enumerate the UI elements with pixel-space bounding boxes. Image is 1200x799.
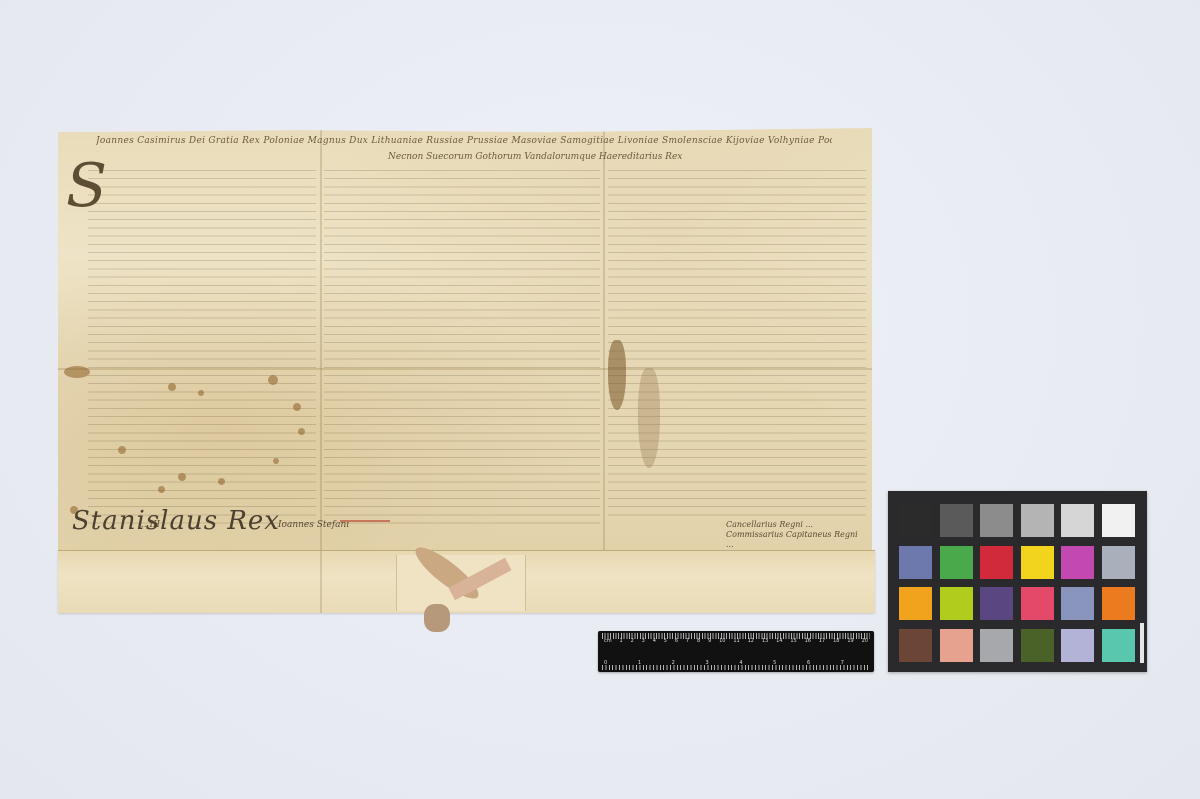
ruler-label: 8 bbox=[697, 638, 700, 644]
ruler-label: 3 bbox=[642, 638, 645, 644]
ruler-label: 20 bbox=[862, 638, 868, 644]
ruler-label: 16 bbox=[805, 638, 811, 644]
stain bbox=[64, 366, 90, 378]
ruler-label: 19 bbox=[847, 638, 853, 644]
parchment-document: S Joannes Casimirus Dei Gratia Rex Polon… bbox=[58, 128, 872, 553]
chart-brand-label bbox=[1140, 623, 1144, 663]
color-swatch bbox=[1061, 546, 1094, 579]
plica-fold-line bbox=[320, 551, 322, 613]
stain bbox=[298, 428, 305, 435]
color-swatch bbox=[1102, 504, 1135, 537]
ruler-label: 9 bbox=[708, 638, 711, 644]
stain bbox=[273, 458, 279, 464]
measurement-ruler: cm 1 2 3 4 5 6 7 8 9 10 11 12 13 14 15 1… bbox=[598, 631, 874, 672]
color-swatch bbox=[899, 587, 932, 620]
color-swatch bbox=[1021, 504, 1054, 537]
ruler-label: 14 bbox=[776, 638, 782, 644]
color-swatch bbox=[980, 504, 1013, 537]
water-stain bbox=[608, 340, 626, 410]
fold-line-vertical-1 bbox=[320, 128, 322, 553]
seal-cord-knot bbox=[424, 604, 450, 632]
chancellor-signature: Cancellarius Regni ... Commissarius Capi… bbox=[726, 520, 866, 550]
color-swatch bbox=[1102, 587, 1135, 620]
ruler-label: 15 bbox=[790, 638, 796, 644]
ruler-label: 11 bbox=[733, 638, 739, 644]
stain bbox=[168, 383, 176, 391]
ruler-label: 5 bbox=[664, 638, 667, 644]
water-stain bbox=[638, 368, 660, 468]
color-swatch bbox=[940, 546, 973, 579]
text-column-1 bbox=[88, 170, 316, 530]
color-swatch bbox=[940, 587, 973, 620]
date-line: ... III bbox=[138, 520, 160, 530]
color-swatch bbox=[899, 546, 932, 579]
color-swatch bbox=[980, 587, 1013, 620]
color-swatch bbox=[1061, 629, 1094, 662]
stain bbox=[118, 446, 126, 454]
ruler-label: 13 bbox=[762, 638, 768, 644]
color-calibration-chart bbox=[888, 491, 1147, 672]
stain bbox=[268, 375, 278, 385]
color-swatch bbox=[940, 504, 973, 537]
ruler-label: 7 bbox=[686, 638, 689, 644]
secretary-signature: Ioannes Stefani bbox=[278, 520, 349, 530]
stain bbox=[158, 486, 165, 493]
color-swatch bbox=[899, 504, 932, 537]
color-swatch bbox=[1021, 587, 1054, 620]
red-underline bbox=[340, 520, 390, 522]
color-swatch bbox=[1061, 504, 1094, 537]
document-heading-line2: Necnon Suecorum Gothorum Vandalorumque H… bbox=[388, 152, 682, 162]
royal-signature: Stanislaus Rex bbox=[72, 506, 280, 536]
document-heading: Joannes Casimirus Dei Gratia Rex Polonia… bbox=[96, 136, 832, 146]
color-swatch bbox=[899, 629, 932, 662]
ruler-label: 12 bbox=[748, 638, 754, 644]
ruler-label: 2 bbox=[631, 638, 634, 644]
color-swatch bbox=[1021, 629, 1054, 662]
ruler-cm-scale: cm 1 2 3 4 5 6 7 8 9 10 11 12 13 14 15 1… bbox=[604, 638, 868, 644]
ruler-label: 6 bbox=[675, 638, 678, 644]
color-swatch bbox=[1102, 546, 1135, 579]
color-swatch bbox=[940, 629, 973, 662]
ruler-label: cm bbox=[604, 638, 612, 644]
color-swatch bbox=[1102, 629, 1135, 662]
color-swatch bbox=[1021, 546, 1054, 579]
text-column-2 bbox=[324, 170, 600, 530]
ruler-label: 18 bbox=[833, 638, 839, 644]
ruler-label: 4 bbox=[653, 638, 656, 644]
fold-line-vertical-2 bbox=[603, 128, 605, 553]
stain bbox=[178, 473, 186, 481]
ruler-label: 17 bbox=[819, 638, 825, 644]
color-swatch bbox=[980, 546, 1013, 579]
stain bbox=[198, 390, 204, 396]
stain bbox=[293, 403, 301, 411]
color-swatch bbox=[980, 629, 1013, 662]
ruler-inch-ticks bbox=[602, 665, 870, 670]
color-swatch bbox=[1061, 587, 1094, 620]
ruler-label: 10 bbox=[719, 638, 725, 644]
stain bbox=[218, 478, 225, 485]
ruler-label: 1 bbox=[620, 638, 623, 644]
